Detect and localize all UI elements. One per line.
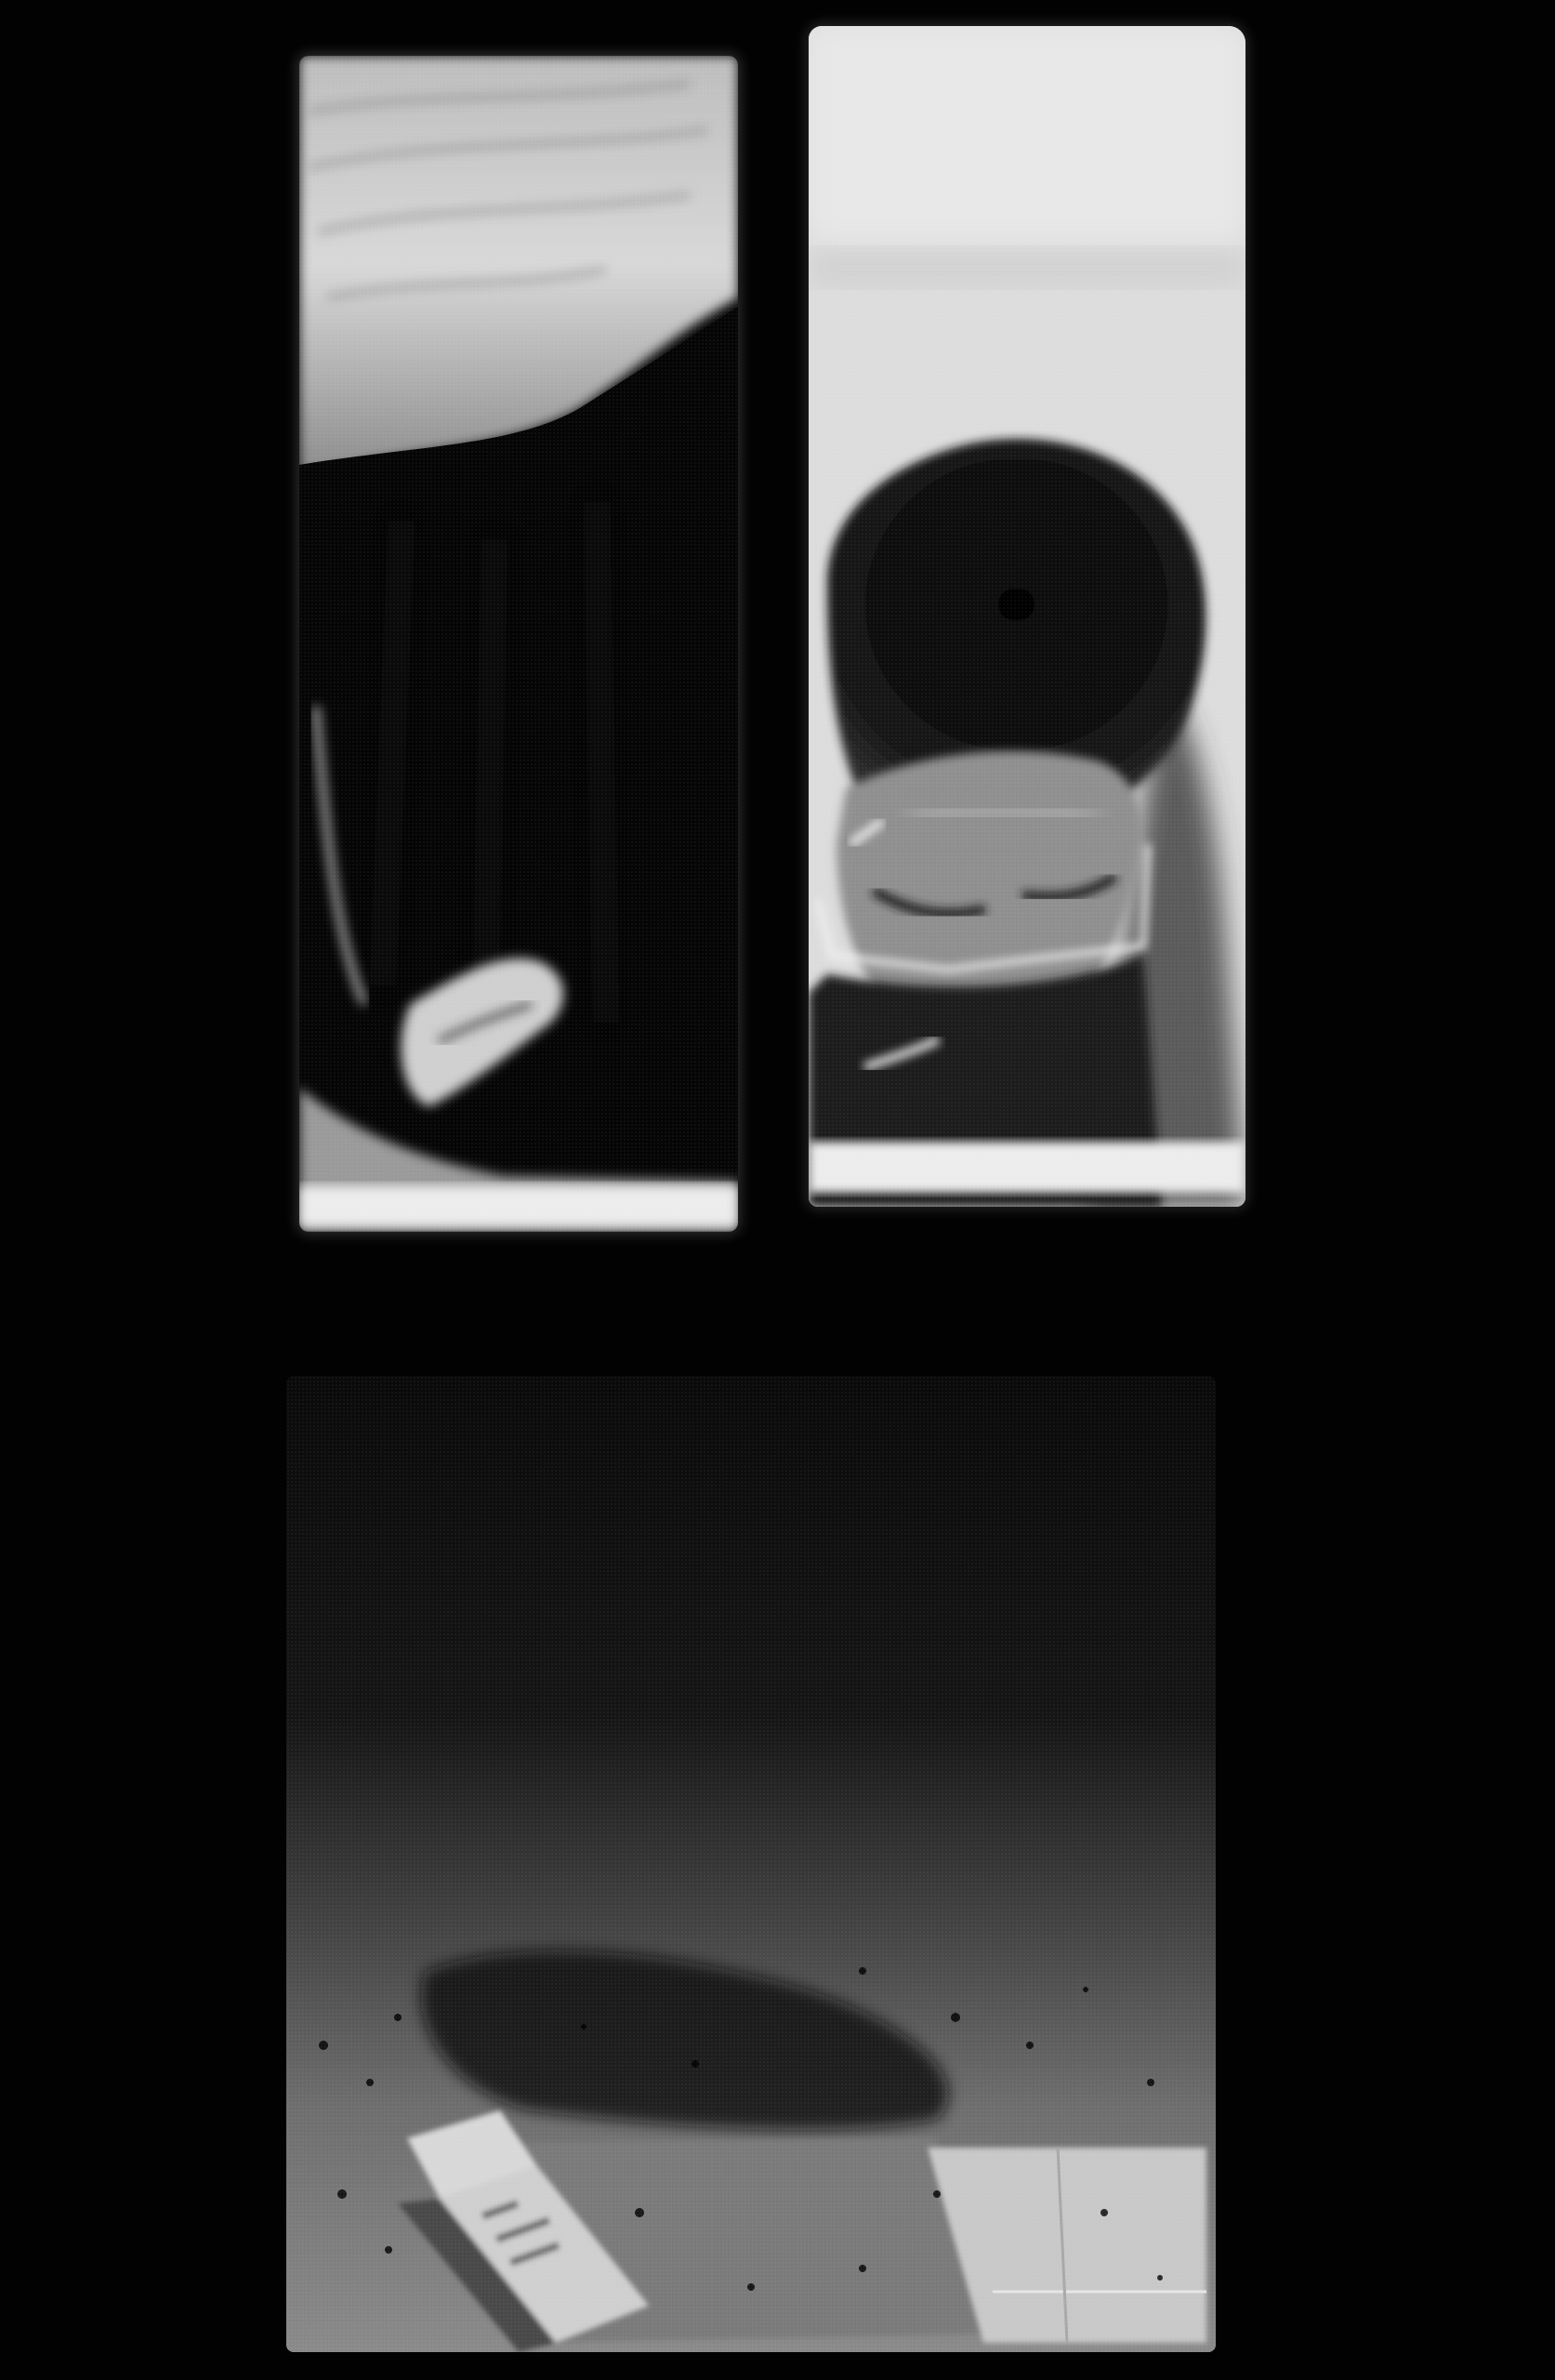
upper-right-window-pane [809, 26, 1245, 1207]
upper-right-pane-scene [809, 26, 1245, 1207]
upper-left-pane-scene [299, 56, 738, 1232]
lower-pane-scene [286, 1376, 1216, 2352]
lower-window-pane [286, 1376, 1216, 2352]
upper-left-window-pane [299, 56, 738, 1232]
photograph [0, 0, 1555, 2380]
